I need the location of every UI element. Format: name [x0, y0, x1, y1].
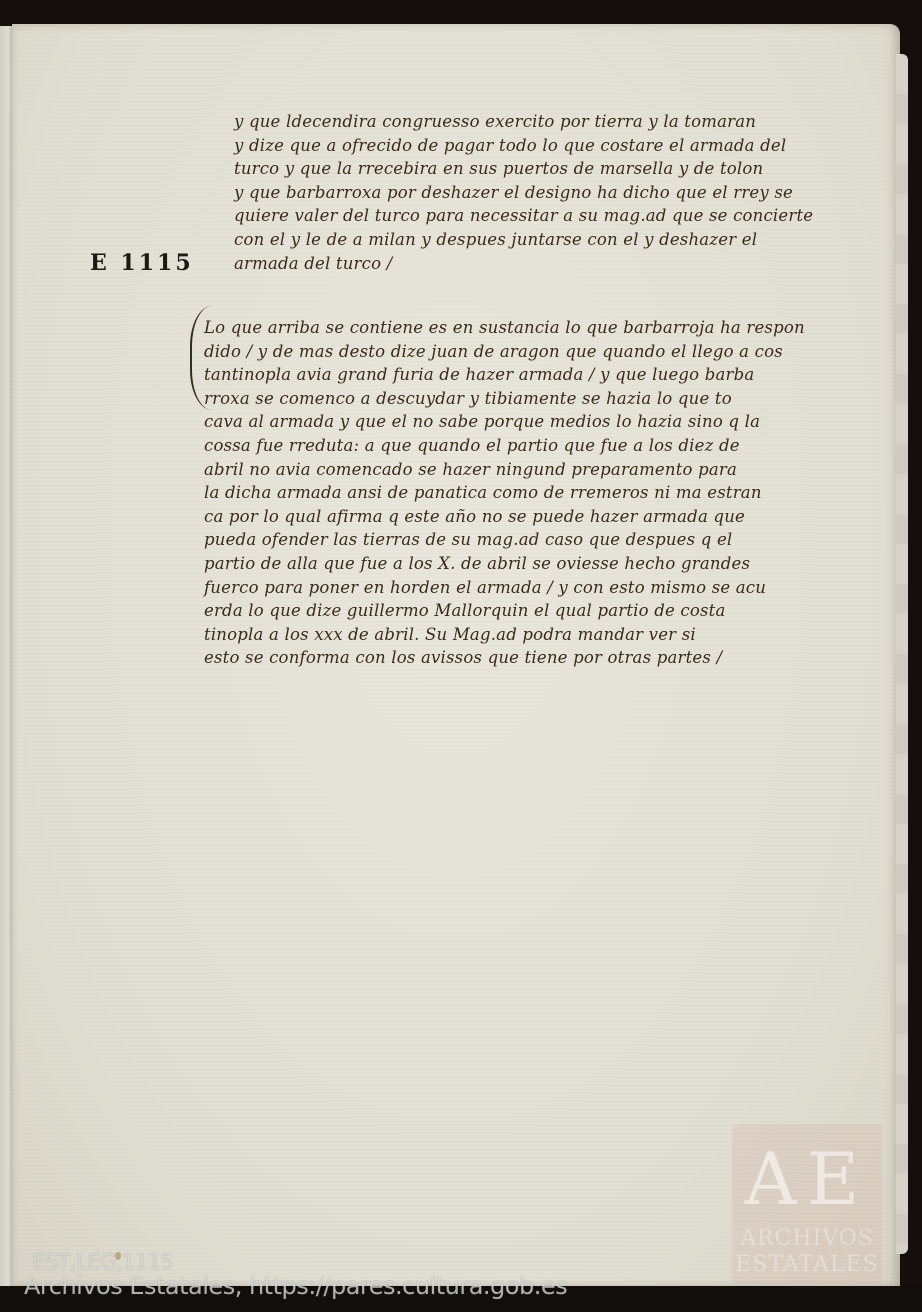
manuscript-line: turco y que la rrecebira en sus puertos …: [234, 157, 813, 181]
manuscript-line: rroxa se comenco a descuydar y tibiament…: [204, 387, 805, 411]
paragraph-1: y que ldecendira congruesso exercito por…: [234, 110, 813, 275]
manuscript-line: fuerco para poner en horden el armada / …: [204, 576, 805, 600]
manuscript-line: y que ldecendira congruesso exercito por…: [234, 110, 813, 134]
manuscript-line: abril no avia comencado se hazer ningund…: [204, 458, 805, 482]
manuscript-line: cava al armada y que el no sabe porque m…: [204, 410, 805, 434]
manuscript-line: partio de alla que fue a los X. de abril…: [204, 552, 805, 576]
manuscript-line: cossa fue rreduta: a que quando el parti…: [204, 434, 805, 458]
manuscript-line: pueda ofender las tierras de su mag.ad c…: [204, 528, 805, 552]
manuscript-line: tantinopla avia grand furia de hazer arm…: [204, 363, 805, 387]
archive-signature-caption: EST,LEG,1115: [32, 1250, 173, 1274]
manuscript-line: esto se conforma con los avissos que tie…: [204, 646, 805, 670]
manuscript-line: armada del turco /: [234, 252, 813, 276]
archive-reference-stamp: E 1115: [90, 250, 194, 276]
watermark-text-line2: ESTATALES: [732, 1252, 882, 1277]
archivos-estatales-watermark: AE ARCHIVOS ESTATALES: [732, 1124, 882, 1284]
manuscript-line: ca por lo qual afirma q este año no se p…: [204, 505, 805, 529]
watermark-text-line1: ARCHIVOS: [732, 1226, 882, 1251]
manuscript-line: Lo que arriba se contiene es en sustanci…: [204, 316, 805, 340]
manuscript-line: y dize que a ofrecido de pagar todo lo q…: [234, 134, 813, 158]
manuscript-line: dido / y de mas desto dize juan de arago…: [204, 340, 805, 364]
manuscript-line: tinopla a los xxx de abril. Su Mag.ad po…: [204, 623, 805, 647]
paragraph-2: Lo que arriba se contiene es en sustanci…: [204, 316, 805, 670]
watermark-logo-letters: AE: [744, 1134, 870, 1224]
manuscript-line: quiere valer del turco para necessitar a…: [234, 204, 813, 228]
manuscript-line: la dicha armada ansi de panatica como de…: [204, 481, 805, 505]
source-credit-caption: Archivos Estatales, https://pares.cultur…: [24, 1272, 567, 1300]
page-edge-right: [896, 54, 908, 1254]
manuscript-line: y que barbarroxa por deshazer el designo…: [234, 181, 813, 205]
manuscript-line: erda lo que dize guillermo Mallorquin el…: [204, 599, 805, 623]
manuscript-line: con el y le de a milan y despues juntars…: [234, 228, 813, 252]
